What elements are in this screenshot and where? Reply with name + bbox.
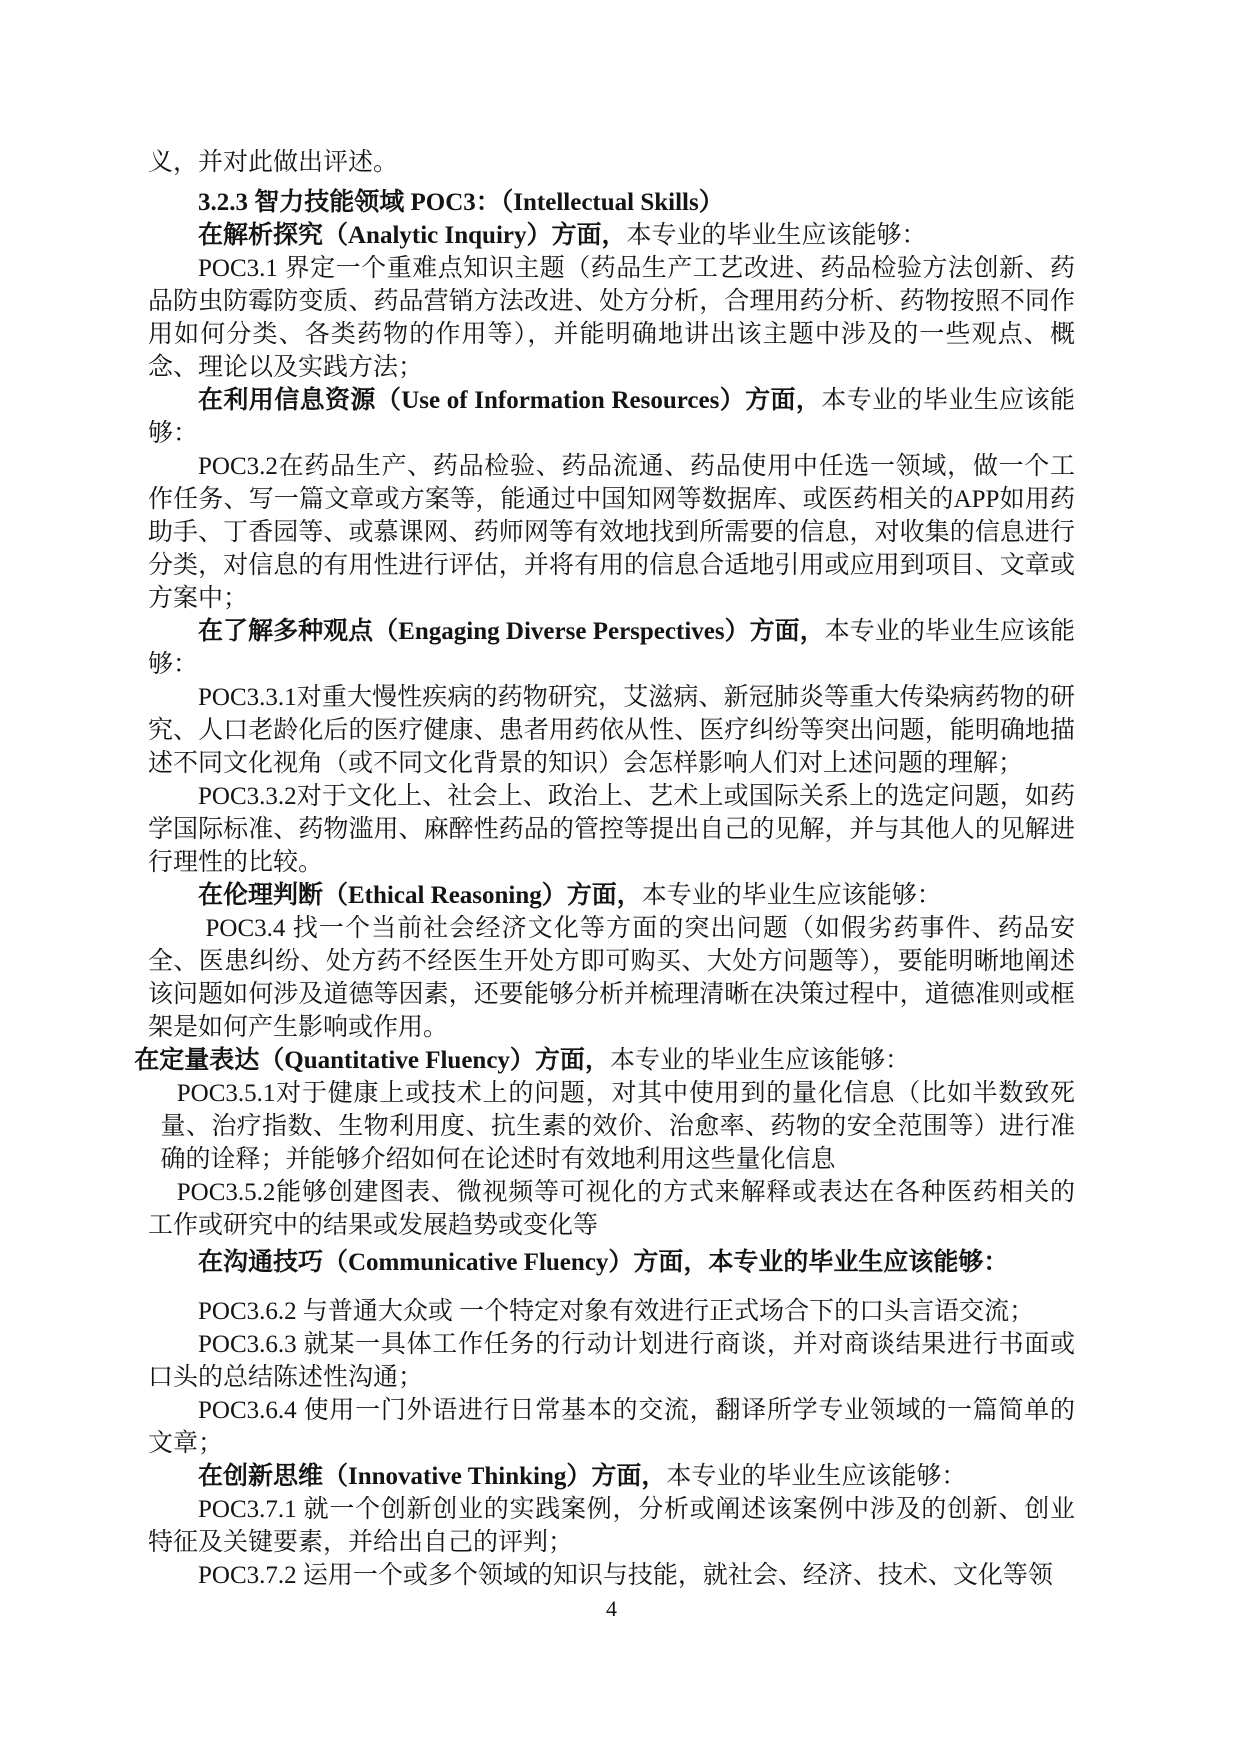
text-run: 本专业的毕业生应该能够： (642, 882, 942, 909)
item-poc3-3-1: POC3.3.1对重大慢性疾病的药物研究，艾滋病、新冠肺炎等重大传染病药物的研究… (148, 681, 1075, 780)
bold-run: 在利用信息资源（Use of Information Resources）方面， (198, 387, 821, 414)
aspect-innovative-thinking: 在创新思维（Innovative Thinking）方面，本专业的毕业生应该能够… (148, 1460, 1075, 1493)
bold-run: 3.2.3 智力技能领域 POC3：（Intellectual Skills） (198, 189, 724, 216)
item-poc3-2: POC3.2在药品生产、药品检验、药品流通、药品使用中任选一领域，做一个工作任务… (148, 450, 1075, 615)
item-poc3-6-2: POC3.6.2 与普通大众或 一个特定对象有效进行正式场合下的口头言语交流； (148, 1295, 1075, 1328)
section-heading-3-2-3: 3.2.3 智力技能领域 POC3：（Intellectual Skills） (148, 186, 1075, 219)
text-run: POC3.3.1对重大慢性疾病的药物研究，艾滋病、新冠肺炎等重大传染病药物的研究… (148, 684, 1075, 777)
document-page: 义，并对此做出评述。3.2.3 智力技能领域 POC3：（Intellectua… (0, 0, 1240, 1754)
text-run: POC3.3.2对于文化上、社会上、政治上、艺术上或国际关系上的选定问题，如药学… (148, 783, 1075, 876)
bold-run: 在伦理判断（Ethical Reasoning）方面， (198, 882, 642, 909)
bold-run: 在解析探究（Analytic Inquiry）方面， (198, 222, 627, 249)
item-poc3-7-2: POC3.7.2 运用一个或多个领域的知识与技能，就社会、经济、技术、文化等领 (148, 1559, 1075, 1592)
item-poc3-7-1: POC3.7.1 就一个创新创业的实践案例，分析或阐述该案例中涉及的创新、创业特… (148, 1493, 1075, 1559)
aspect-ethical-reasoning: 在伦理判断（Ethical Reasoning）方面，本专业的毕业生应该能够： (148, 879, 1075, 912)
item-poc3-6-3: POC3.6.3 就某一具体工作任务的行动计划进行商谈，并对商谈结果进行书面或口… (148, 1328, 1075, 1394)
text-run: POC3.5.1对于健康上或技术上的问题，对其中使用到的量化信息（比如半数致死量… (161, 1080, 1076, 1173)
aspect-communicative-fluency: 在沟通技巧（Communicative Fluency）方面，本专业的毕业生应该… (148, 1246, 1075, 1279)
aspect-use-of-information-resources: 在利用信息资源（Use of Information Resources）方面，… (148, 384, 1075, 450)
text-run: POC3.6.3 就某一具体工作任务的行动计划进行商谈，并对商谈结果进行书面或口… (148, 1331, 1075, 1391)
text-run: 本专业的毕业生应该能够： (666, 1463, 966, 1490)
text-run: 本专业的毕业生应该能够： (627, 222, 927, 249)
item-poc3-1: POC3.1 界定一个重难点知识主题（药品生产工艺改进、药品检验方法创新、药品防… (148, 252, 1075, 384)
text-run: POC3.7.1 就一个创新创业的实践案例，分析或阐述该案例中涉及的创新、创业特… (148, 1496, 1075, 1556)
carryover-text: 义，并对此做出评述。 (148, 146, 1075, 179)
bold-run: 在定量表达（Quantitative Fluency）方面， (134, 1047, 610, 1074)
item-poc3-3-2: POC3.3.2对于文化上、社会上、政治上、艺术上或国际关系上的选定问题，如药学… (148, 780, 1075, 879)
item-poc3-6-4: POC3.6.4 使用一门外语进行日常基本的交流，翻译所学专业领域的一篇简单的文… (148, 1394, 1075, 1460)
text-run: 本专业的毕业生应该能够： (610, 1047, 910, 1074)
item-poc3-4: POC3.4 找一个当前社会经济文化等方面的突出问题（如假劣药事件、药品安全、医… (148, 912, 1075, 1044)
item-poc3-5-1: POC3.5.1对于健康上或技术上的问题，对其中使用到的量化信息（比如半数致死量… (148, 1077, 1075, 1176)
text-run: POC3.7.2 运用一个或多个领域的知识与技能，就社会、经济、技术、文化等领 (198, 1562, 1053, 1589)
text-run: 义，并对此做出评述。 (148, 149, 398, 176)
page-number: 4 (148, 1592, 1075, 1625)
text-run: POC3.2在药品生产、药品检验、药品流通、药品使用中任选一领域，做一个工作任务… (148, 453, 1075, 612)
text-run: POC3.6.4 使用一门外语进行日常基本的交流，翻译所学专业领域的一篇简单的文… (148, 1397, 1075, 1457)
bold-run: 在了解多种观点（Engaging Diverse Perspectives）方面… (198, 618, 825, 645)
document-body: 义，并对此做出评述。3.2.3 智力技能领域 POC3：（Intellectua… (148, 146, 1075, 1592)
aspect-quantitative-fluency: 在定量表达（Quantitative Fluency）方面，本专业的毕业生应该能… (148, 1044, 1075, 1077)
bold-run: 在沟通技巧（Communicative Fluency）方面，本专业的毕业生应该… (198, 1249, 1008, 1276)
aspect-engaging-diverse-perspectives: 在了解多种观点（Engaging Diverse Perspectives）方面… (148, 615, 1075, 681)
text-run: POC3.1 界定一个重难点知识主题（药品生产工艺改进、药品检验方法创新、药品防… (148, 255, 1075, 381)
bold-run: 在创新思维（Innovative Thinking）方面， (198, 1463, 666, 1490)
aspect-analytic-inquiry: 在解析探究（Analytic Inquiry）方面，本专业的毕业生应该能够： (148, 219, 1075, 252)
item-poc3-5-2: POC3.5.2能够创建图表、微视频等可视化的方式来解释或表达在各种医药相关的工… (148, 1176, 1075, 1242)
text-run: POC3.4 找一个当前社会经济文化等方面的突出问题（如假劣药事件、药品安全、医… (148, 915, 1075, 1041)
text-run: POC3.5.2能够创建图表、微视频等可视化的方式来解释或表达在各种医药相关的工… (148, 1179, 1075, 1239)
text-run: POC3.6.2 与普通大众或 一个特定对象有效进行正式场合下的口头言语交流； (198, 1298, 1034, 1325)
